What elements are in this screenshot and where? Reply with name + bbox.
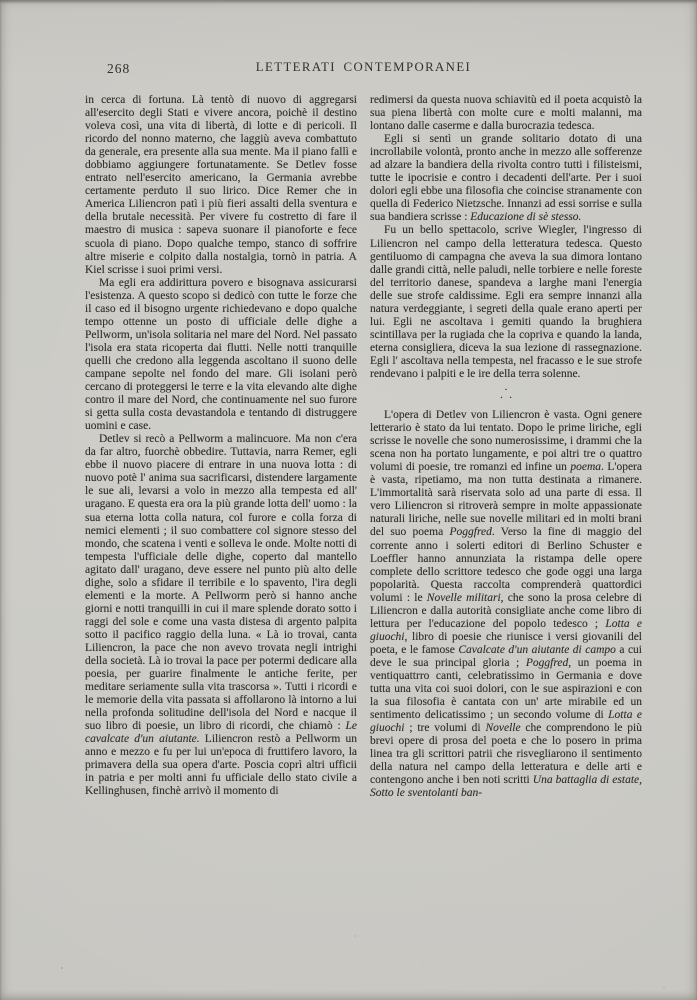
book-title: poema [570, 461, 601, 473]
page-title: LETTERATI CONTEMPORANEI [85, 60, 642, 75]
book-title: Novelle [485, 722, 520, 734]
scanned-book-page: { "page": { "number": "268", "header_tit… [0, 0, 697, 1000]
paragraph: redimersi da questa nuova schiavitù ed i… [370, 94, 642, 133]
text-segment: in cerca di fortuna. Là tentò di nuovo d… [85, 94, 357, 276]
book-title: Novelle militari [427, 592, 501, 604]
text-segment: Fu un bello spettacolo, scrive Wiegler, … [370, 224, 642, 380]
text-columns: in cerca di fortuna. Là tentò di nuovo d… [85, 94, 642, 800]
text-segment: ; tre volumi di [405, 722, 486, 734]
paragraph: Egli si sentì un grande solitario dotato… [370, 133, 642, 224]
text-segment: Detlev si recò a Pellworm a malincuore. … [85, 433, 357, 732]
book-title: Cavalcate d'un aiutante di campo [458, 644, 616, 656]
paragraph: Detlev si recò a Pellworm a malincuore. … [85, 433, 357, 798]
text-segment: Egli si sentì un grande solitario dotato… [370, 133, 642, 223]
right-column: redimersi da questa nuova schiavitù ed i… [370, 94, 642, 800]
text-segment: redimersi da questa nuova schiavitù ed i… [370, 94, 642, 132]
book-title: Poggfred [526, 657, 568, 669]
paragraph: L'opera di Detlev von Liliencron è vasta… [370, 409, 642, 800]
asterism-separator-icon: ·· · [370, 386, 642, 403]
book-title: Educazione di sè stesso. [470, 211, 581, 223]
running-header: 268 LETTERATI CONTEMPORANEI [85, 60, 642, 78]
paragraph: Fu un bello spettacolo, scrive Wiegler, … [370, 224, 642, 381]
left-column: in cerca di fortuna. Là tentò di nuovo d… [85, 94, 357, 800]
paragraph: Ma egli era addirittura povero e bisogna… [85, 277, 357, 434]
book-title: Poggfred [449, 526, 491, 538]
paragraph: in cerca di fortuna. Là tentò di nuovo d… [85, 94, 357, 277]
text-segment: Ma egli era addirittura povero e bisogna… [85, 277, 357, 433]
